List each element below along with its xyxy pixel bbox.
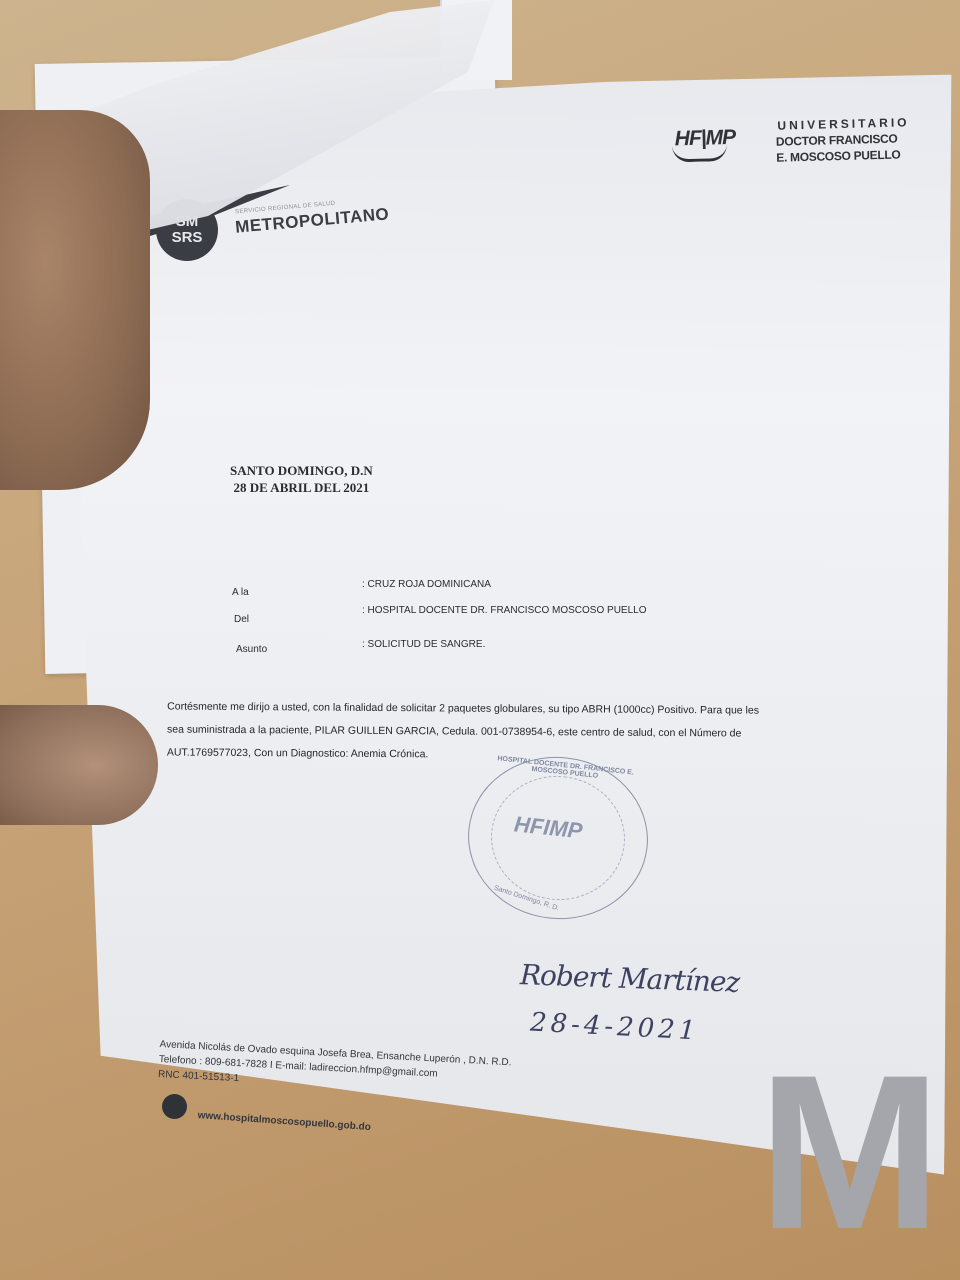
- hospital-name-line1: UNIVERSITARIO: [777, 115, 909, 132]
- meta-value: : HOSPITAL DOCENTE DR. FRANCISCO MOSCOSO…: [362, 605, 647, 616]
- footer-website: www.hospitalmoscosopuello.gob.do: [197, 1110, 371, 1133]
- meta-row-from: Del : HOSPITAL DOCENTE DR. FRANCISCO MOS…: [234, 610, 834, 624]
- hospital-stamp: HOSPITAL DOCENTE DR. FRANCISCO E. MOSCOS…: [460, 748, 656, 928]
- meta-row-subject: Asunto : SOLICITUD DE SANGRE.: [236, 642, 836, 656]
- website-icon: [162, 1094, 187, 1119]
- meta-row-to: A la : CRUZ ROJA DOMINICANA: [232, 583, 832, 597]
- handwritten-date: 28-4-2021: [529, 1008, 700, 1047]
- place-date-block: SANTO DOMINGO, D.N 28 DE ABRIL DEL 2021: [230, 462, 373, 496]
- watermark-m-logo: M: [758, 1062, 941, 1242]
- hand-thumb: [0, 705, 158, 825]
- hfmp-swoosh-icon: [672, 144, 727, 162]
- hospital-name-line2: DOCTOR FRANCISCO: [776, 132, 898, 149]
- letter-footer: Avenida Nicolás de Ovado esquina Josefa …: [158, 1037, 512, 1100]
- meta-value: : CRUZ ROJA DOMINICANA: [362, 579, 491, 590]
- meta-value: : SOLICITUD DE SANGRE.: [362, 639, 485, 650]
- meta-label: A la: [232, 587, 249, 598]
- meta-label: Asunto: [236, 644, 267, 655]
- hand-fingers: [0, 110, 150, 490]
- handwritten-signature: Robert Martínez: [519, 958, 739, 999]
- hospital-name-line3: E. MOSCOSO PUELLO: [776, 148, 901, 165]
- place: SANTO DOMINGO, D.N: [230, 462, 373, 479]
- hfmp-header-logo: HF|MP UNIVERSITARIO DOCTOR FRANCISCO E. …: [669, 108, 941, 185]
- srs-logo-sub: SRS: [172, 230, 203, 246]
- date: 28 DE ABRIL DEL 2021: [230, 479, 373, 496]
- meta-label: Del: [234, 614, 249, 625]
